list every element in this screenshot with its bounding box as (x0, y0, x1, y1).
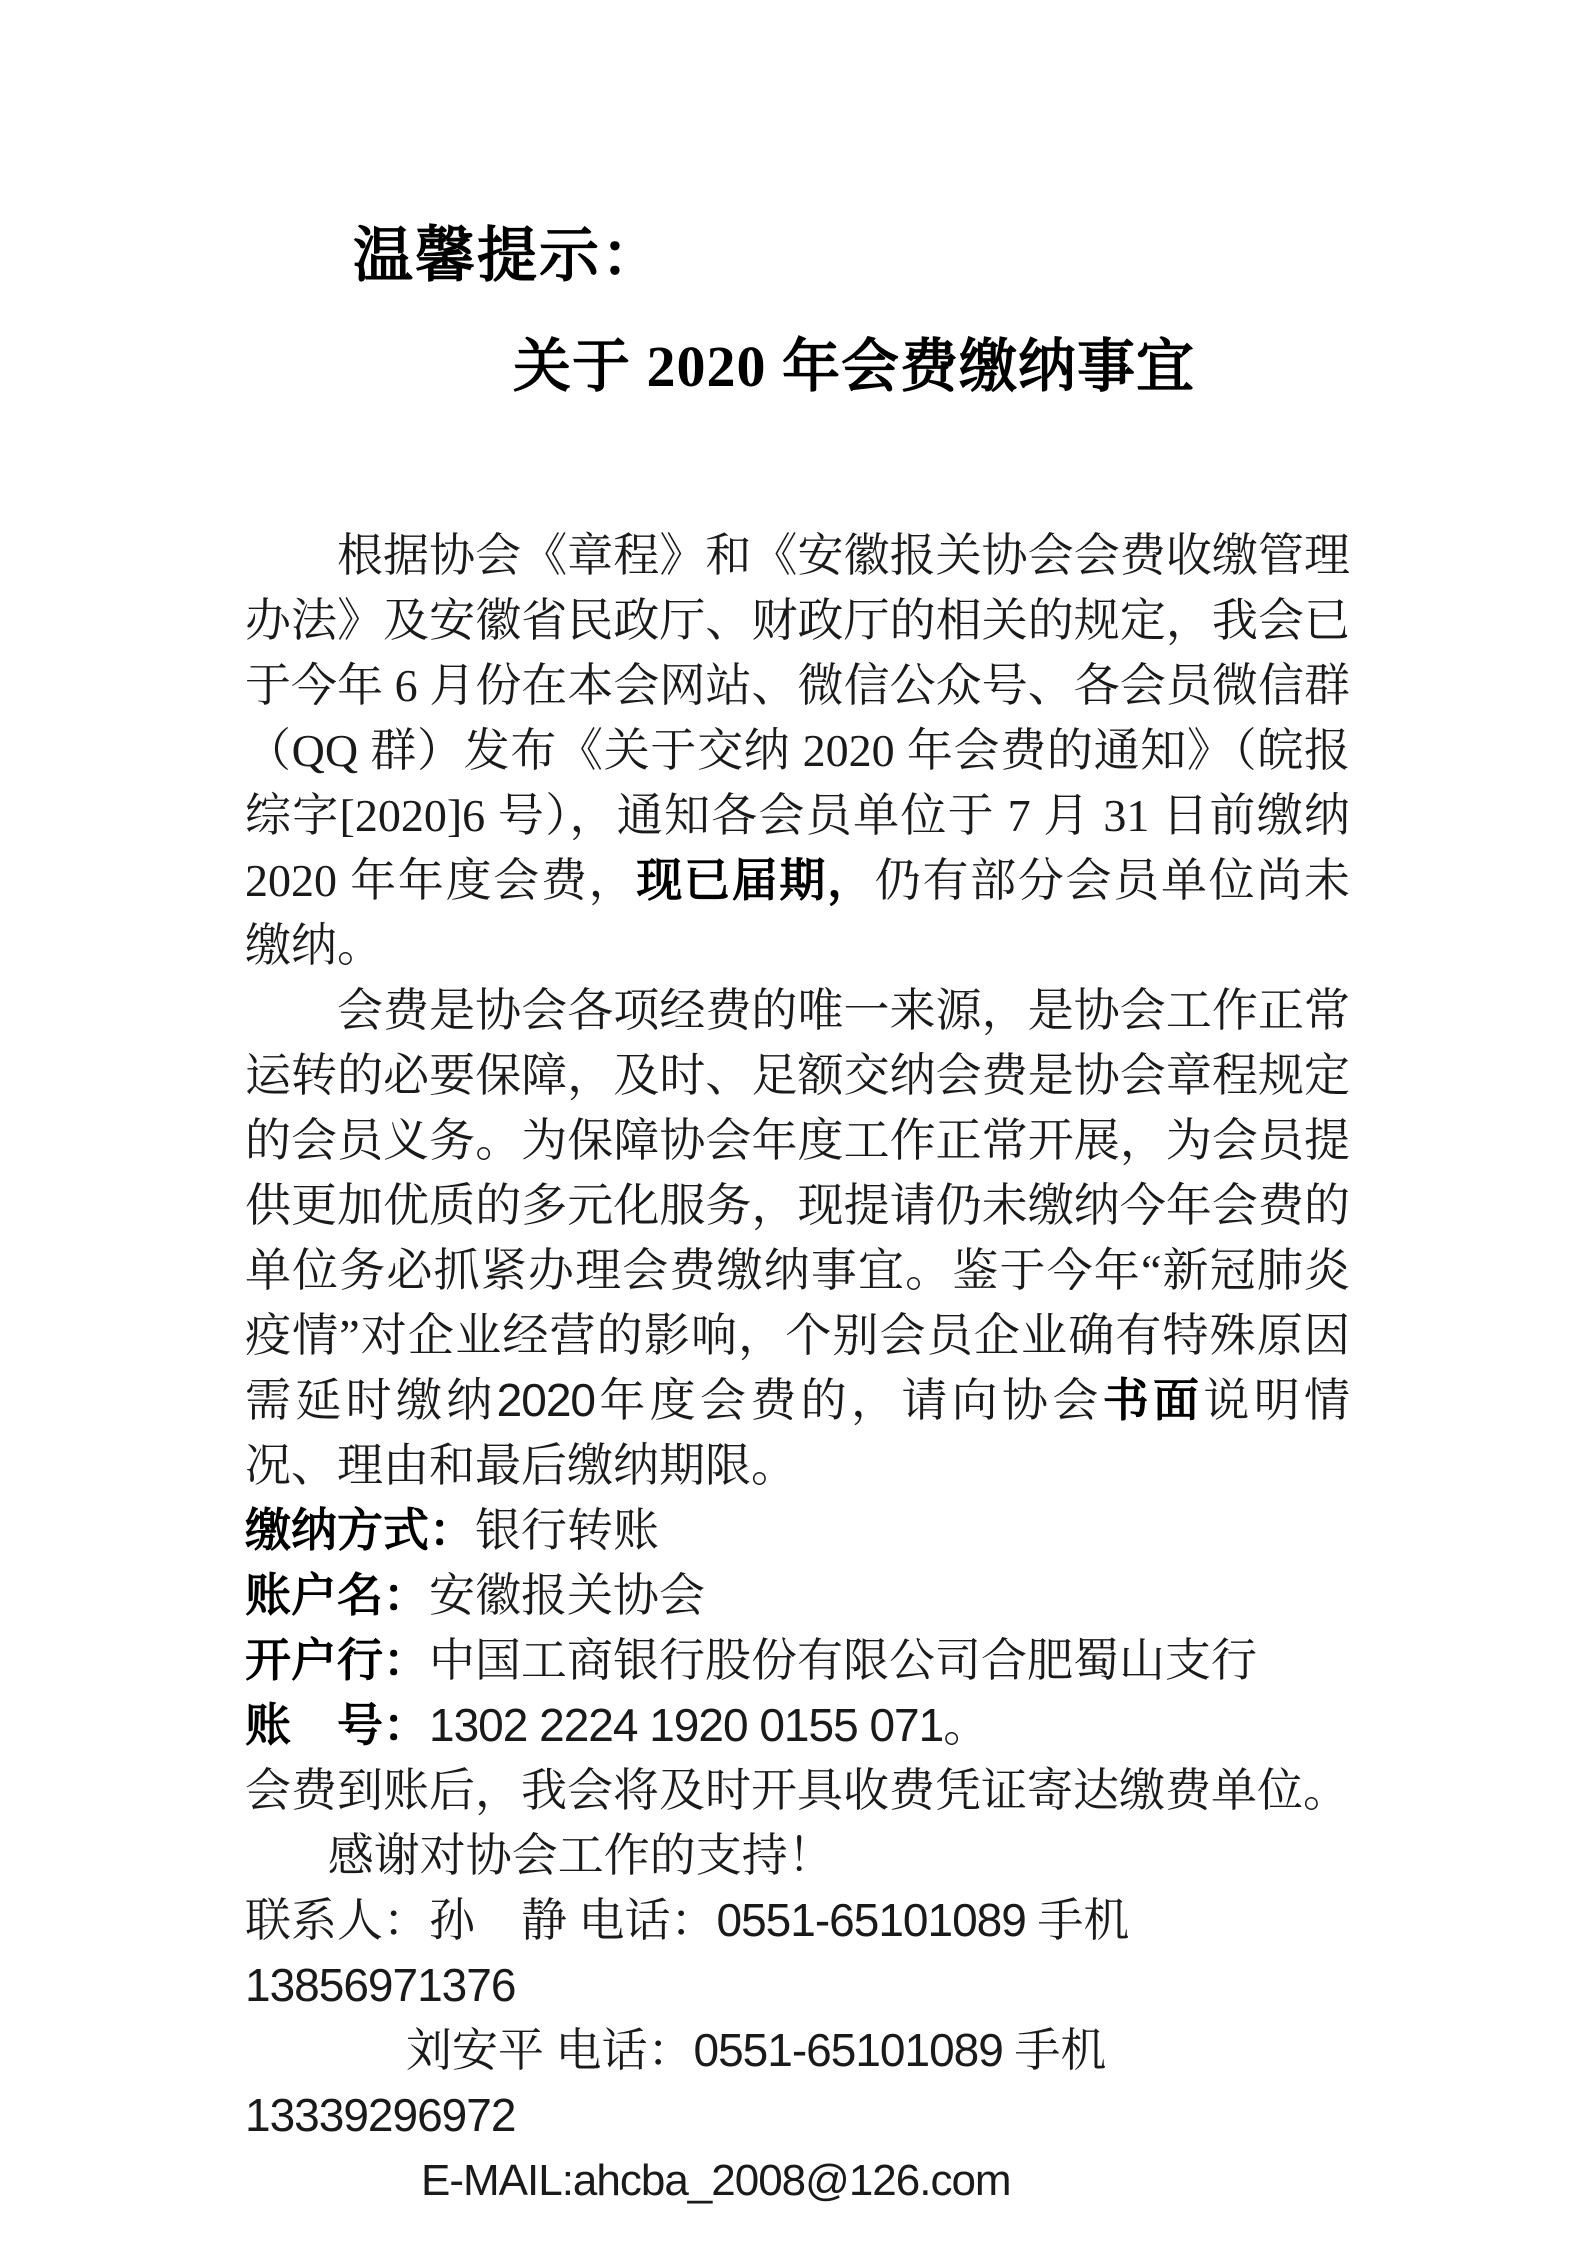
paragraph-2-mid: 年度会费的，请向协会 (595, 1375, 1103, 1426)
payment-method-value: 银行转账 (475, 1505, 659, 1556)
account-number-value: 1302 2224 1920 0155 071 (429, 1699, 943, 1751)
contact-1-prefix: 联系人： (245, 1895, 429, 1946)
account-number-period: 。 (943, 1700, 989, 1751)
contact-2-name: 刘安平 (406, 2025, 544, 2076)
payment-method-label: 缴纳方式： (245, 1505, 475, 1556)
document-page: 温馨提示： 关于 2020 年会费缴纳事宜 根据协会《章程》和《安徽报关协会会费… (0, 0, 1587, 2245)
paragraph-importance: 会费是协会各项经费的唯一来源，是协会工作正常运转的必要保障，及时、足额交纳会费是… (245, 978, 1350, 1498)
paragraph-notice-history: 根据协会《章程》和《安徽报关协会会费收缴管理办法》及安徽省民政厅、财政厅的相关的… (245, 523, 1350, 978)
paragraph-1-text: 根据协会《章程》和《安徽报关协会会费收缴管理办法》及安徽省民政厅、财政厅的相关的… (245, 530, 1350, 906)
email-line: E-MAIL:ahcba_2008@126.com (245, 2148, 1350, 2213)
account-number-line: 账 号：1302 2224 1920 0155 071。 (245, 1693, 1350, 1758)
contact-line-2: 刘安平 电话：0551-65101089 手机13339296972 (245, 2018, 1350, 2148)
paragraph-2-text: 会费是协会各项经费的唯一来源，是协会工作正常运转的必要保障，及时、足额交纳会费是… (245, 985, 1350, 1426)
contact-line-1: 联系人：孙 静 电话：0551-65101089 手机13856971376 (245, 1888, 1350, 2018)
account-number-label: 账 号： (245, 1700, 429, 1751)
contact-2-mobile: 13339296972 (245, 2089, 515, 2141)
contact-1-phone: 0551-65101089 (717, 1894, 1026, 1946)
bank-label: 开户行： (245, 1635, 429, 1686)
bank-value: 中国工商银行股份有限公司合肥蜀山支行 (429, 1635, 1257, 1686)
contact-2-phone: 0551-65101089 (694, 2024, 1003, 2076)
receipt-note-line: 会费到账后，我会将及时开具收费凭证寄达缴费单位。 (245, 1758, 1350, 1823)
account-name-value: 安徽报关协会 (429, 1570, 705, 1621)
thanks-line: 感谢对协会工作的支持！ (245, 1823, 1350, 1888)
account-name-label: 账户名： (245, 1570, 429, 1621)
paragraph-1-overdue-bold: 现已届期， (636, 855, 874, 906)
notice-body: 根据协会《章程》和《安徽报关协会会费收缴管理办法》及安徽省民政厅、财政厅的相关的… (245, 523, 1350, 2213)
contact-1-name: 孙 静 (429, 1895, 567, 1946)
contact-1-mobile-label: 手机 (1026, 1895, 1130, 1946)
notice-title: 关于 2020 年会费缴纳事宜 (513, 335, 1350, 399)
bank-line: 开户行：中国工商银行股份有限公司合肥蜀山支行 (245, 1628, 1350, 1693)
contact-2-phone-label: 电话： (544, 2025, 694, 2076)
paragraph-2-year: 2020 (497, 1374, 595, 1426)
contact-1-mobile: 13856971376 (245, 1959, 515, 2011)
contact-2-mobile-label: 手机 (1003, 2025, 1107, 2076)
account-name-line: 账户名：安徽报关协会 (245, 1563, 1350, 1628)
reminder-heading: 温馨提示： (353, 0, 1350, 291)
contact-1-phone-label: 电话： (567, 1895, 717, 1946)
payment-method-line: 缴纳方式：银行转账 (245, 1498, 1350, 1563)
paragraph-2-written-bold: 书面 (1103, 1375, 1204, 1426)
